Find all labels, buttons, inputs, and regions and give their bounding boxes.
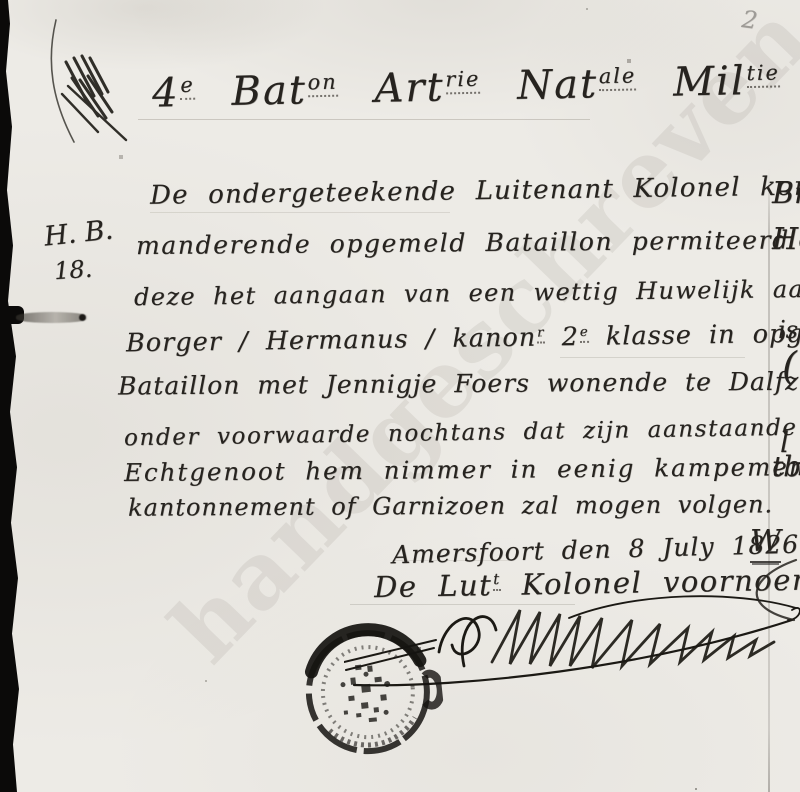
torn-edge bbox=[0, 0, 20, 792]
next-page-fragment: ( bbox=[782, 344, 797, 388]
document-scan: handgeschreven.nl H. B. 18. 4e Baton Art… bbox=[0, 0, 800, 792]
next-page-fragment: tb bbox=[772, 450, 800, 483]
body-line-1: De ondergeteekende Luitenant Kolonel kom… bbox=[150, 171, 800, 211]
margin-annotation: H. B. bbox=[43, 214, 115, 252]
body-line-6: onder voorwaarde nochtans dat zijn aanst… bbox=[124, 415, 798, 452]
page-fold-line bbox=[768, 168, 770, 792]
body-line-7: Echtgenoot hem nimmer in eenig kampement bbox=[124, 452, 800, 487]
guide-line bbox=[138, 119, 590, 120]
ink-stamp bbox=[288, 609, 449, 777]
guide-line bbox=[560, 357, 745, 358]
next-page-fragment: Br bbox=[772, 176, 800, 211]
margin-annotation: 18. bbox=[53, 255, 93, 286]
body-line-4: Borger / Hermanus / kanonr 2e klasse in … bbox=[126, 318, 800, 359]
next-page-fragment: is bbox=[778, 316, 798, 344]
next-page-flourish bbox=[736, 556, 800, 626]
binding-thread bbox=[16, 312, 88, 323]
pen-scribble bbox=[22, 14, 142, 154]
body-line-3: deze het aangaan van een wettig Huwelijk… bbox=[134, 275, 800, 311]
body-line-8: kantonnement of Garnizoen zal mogen volg… bbox=[128, 490, 773, 521]
next-page-fragment: Ho bbox=[772, 222, 800, 257]
body-line-2: manderende opgemeld Bataillon permiteerd… bbox=[136, 225, 800, 260]
guide-line bbox=[150, 212, 450, 213]
body-line-5: Bataillon met Jennigje Foers wonende te … bbox=[118, 367, 800, 401]
